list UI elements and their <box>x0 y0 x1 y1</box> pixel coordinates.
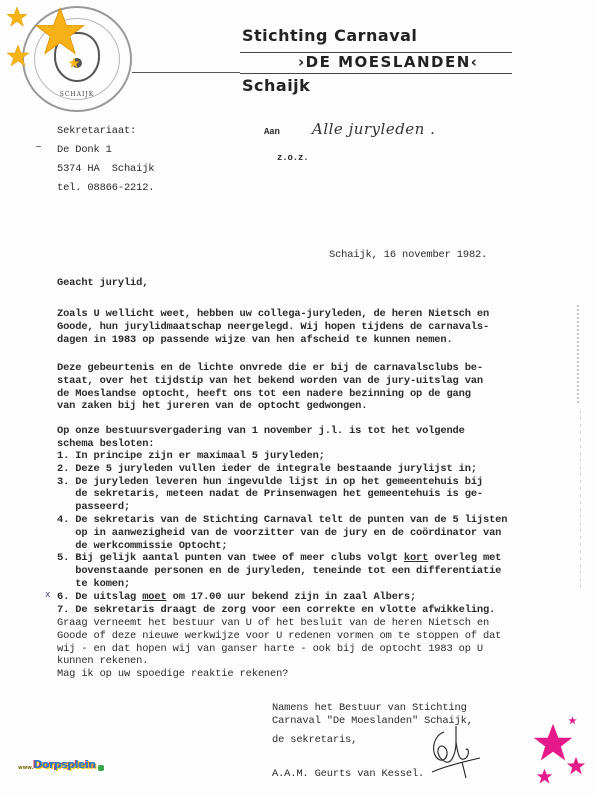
signature-scribble <box>422 722 482 780</box>
watermark-logo: www. Dorpsplein <box>18 758 104 771</box>
sender-label: Sekretariaat: <box>57 125 136 137</box>
header-rule <box>132 72 240 73</box>
sender-street: De Donk 1 <box>57 144 112 156</box>
paragraph-2: Deze gebeurtenis en de lichte onvrede di… <box>57 362 483 413</box>
recipient-label: Aan <box>264 126 280 139</box>
signature-name: A.A.M. Geurts van Kessel. <box>272 768 424 781</box>
list-item: 2. Deze 5 juryleden vullen ieder de inte… <box>57 463 477 475</box>
recipient-handwritten: Alle juryleden . <box>312 120 435 138</box>
org-name-line3: Schaijk <box>242 76 310 95</box>
org-name-line1: Stichting Carnaval <box>242 26 417 45</box>
list-item: 4. De sekretaris van de Stichting Carnav… <box>57 514 507 552</box>
star-icon <box>568 716 577 725</box>
list-item: 7. De sekretaris draagt de zorg voor een… <box>57 604 495 616</box>
fold-mark <box>36 146 41 147</box>
list-item: 3. De juryleden leveren hun ingevulde li… <box>57 476 483 514</box>
scan-noise <box>577 305 579 405</box>
seal-caption: SCHAIJK <box>24 91 130 98</box>
date-line: Schaijk, 16 november 1982. <box>329 249 487 262</box>
star-icon <box>6 6 28 28</box>
watermark-logo-text: Dorpsplein <box>33 758 95 771</box>
star-icon <box>6 44 30 68</box>
sender-phone: tel. 08866-2212. <box>57 182 154 194</box>
star-icon <box>68 57 80 69</box>
star-icon <box>536 768 553 785</box>
margin-mark-icon: x <box>45 590 50 600</box>
closing-paragraph: Graag verneemt het bestuur van U of het … <box>57 617 501 681</box>
list-item: 1. In principe zijn er maximaal 5 juryle… <box>57 450 325 462</box>
letter-page: SCHAIJK Stichting Carnaval ›DE MOESLANDE… <box>0 0 595 794</box>
underlined-word: kort <box>404 552 428 564</box>
sender-block: Sekretariaat: De Donk 1 5374 HA Schaijk … <box>57 122 154 198</box>
sender-postal: 5374 HA Schaijk <box>57 163 154 175</box>
star-icon <box>34 6 86 58</box>
list-item: 6. De uitslag moet om 17.00 uur bekend z… <box>57 591 416 603</box>
paragraph-1: Zoals U wellicht weet, hebben uw collega… <box>57 308 489 346</box>
underlined-word: moet <box>142 591 166 603</box>
org-name-line2: ›DE MOESLANDEN‹ <box>298 53 478 71</box>
signature-role: de sekretaris, <box>272 734 357 747</box>
salutation: Geacht jurylid, <box>57 277 148 290</box>
paragraph-3-intro: Op onze bestuursvergadering van 1 novemb… <box>57 425 465 451</box>
watermark-decoration-icon <box>98 765 104 771</box>
star-icon <box>566 756 586 776</box>
rules-list: 1. In principe zijn er maximaal 5 juryle… <box>57 450 507 616</box>
scan-noise <box>580 410 581 590</box>
list-item: 5. Bij gelijk aantal punten van twee of … <box>57 552 501 590</box>
zoz-note: z.o.z. <box>277 152 309 165</box>
